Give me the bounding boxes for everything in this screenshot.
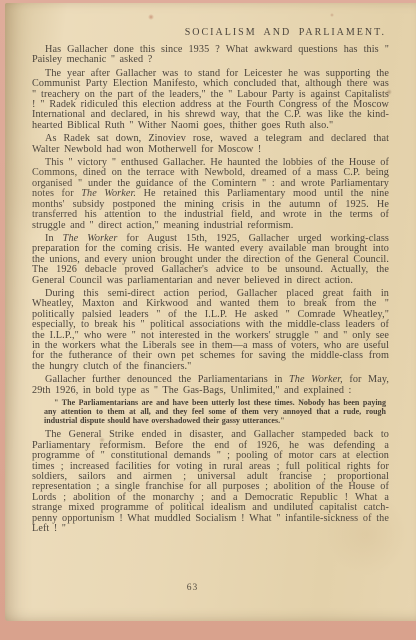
italic-text-run: The Worker [63,233,118,244]
text-run: Has Gallacher done this since 1935 ? Wha… [32,44,389,65]
text-run: As Radek sat down, Zinoviev rose, waved … [32,133,389,154]
paragraph: Has Gallacher done this since 1935 ? Wha… [32,45,389,66]
italic-text-run: The Worker. [81,188,136,199]
block-quote: " The Parliamentarians are and have been… [44,399,386,425]
text-run: During this semi-direct action period, G… [32,288,389,372]
page-number: 63 [5,583,380,593]
paragraph: The General Strike ended in disaster, an… [32,430,389,534]
text-run: " The Parliamentarians are and have been… [44,398,386,425]
text-run: Gallacher further denounced the Parliame… [45,374,289,385]
running-header: SOCIALISM AND PARLIAMENT. [185,27,386,38]
scan-backdrop: SOCIALISM AND PARLIAMENT. Has Gallacher … [0,0,416,640]
paragraph: Gallacher further denounced the Parliame… [32,375,389,396]
book-page: SOCIALISM AND PARLIAMENT. Has Gallacher … [5,3,416,621]
text-run: The General Strike ended in disaster, an… [32,429,389,534]
paragraph: As Radek sat down, Zinoviev rose, waved … [32,134,389,155]
paragraph: This " victory " enthused Gallacher. He … [32,158,389,231]
paragraph: During this semi-direct action period, G… [32,289,389,372]
italic-text-run: The Worker, [289,374,343,385]
paragraph: The year after Gallacher was to stand fo… [32,69,389,131]
paragraph: In The Worker for August 15th, 1925, Gal… [32,234,389,286]
text-run: In [45,233,63,244]
text-run: The year after Gallacher was to stand fo… [32,68,389,131]
page-text: Has Gallacher done this since 1935 ? Wha… [32,45,389,537]
